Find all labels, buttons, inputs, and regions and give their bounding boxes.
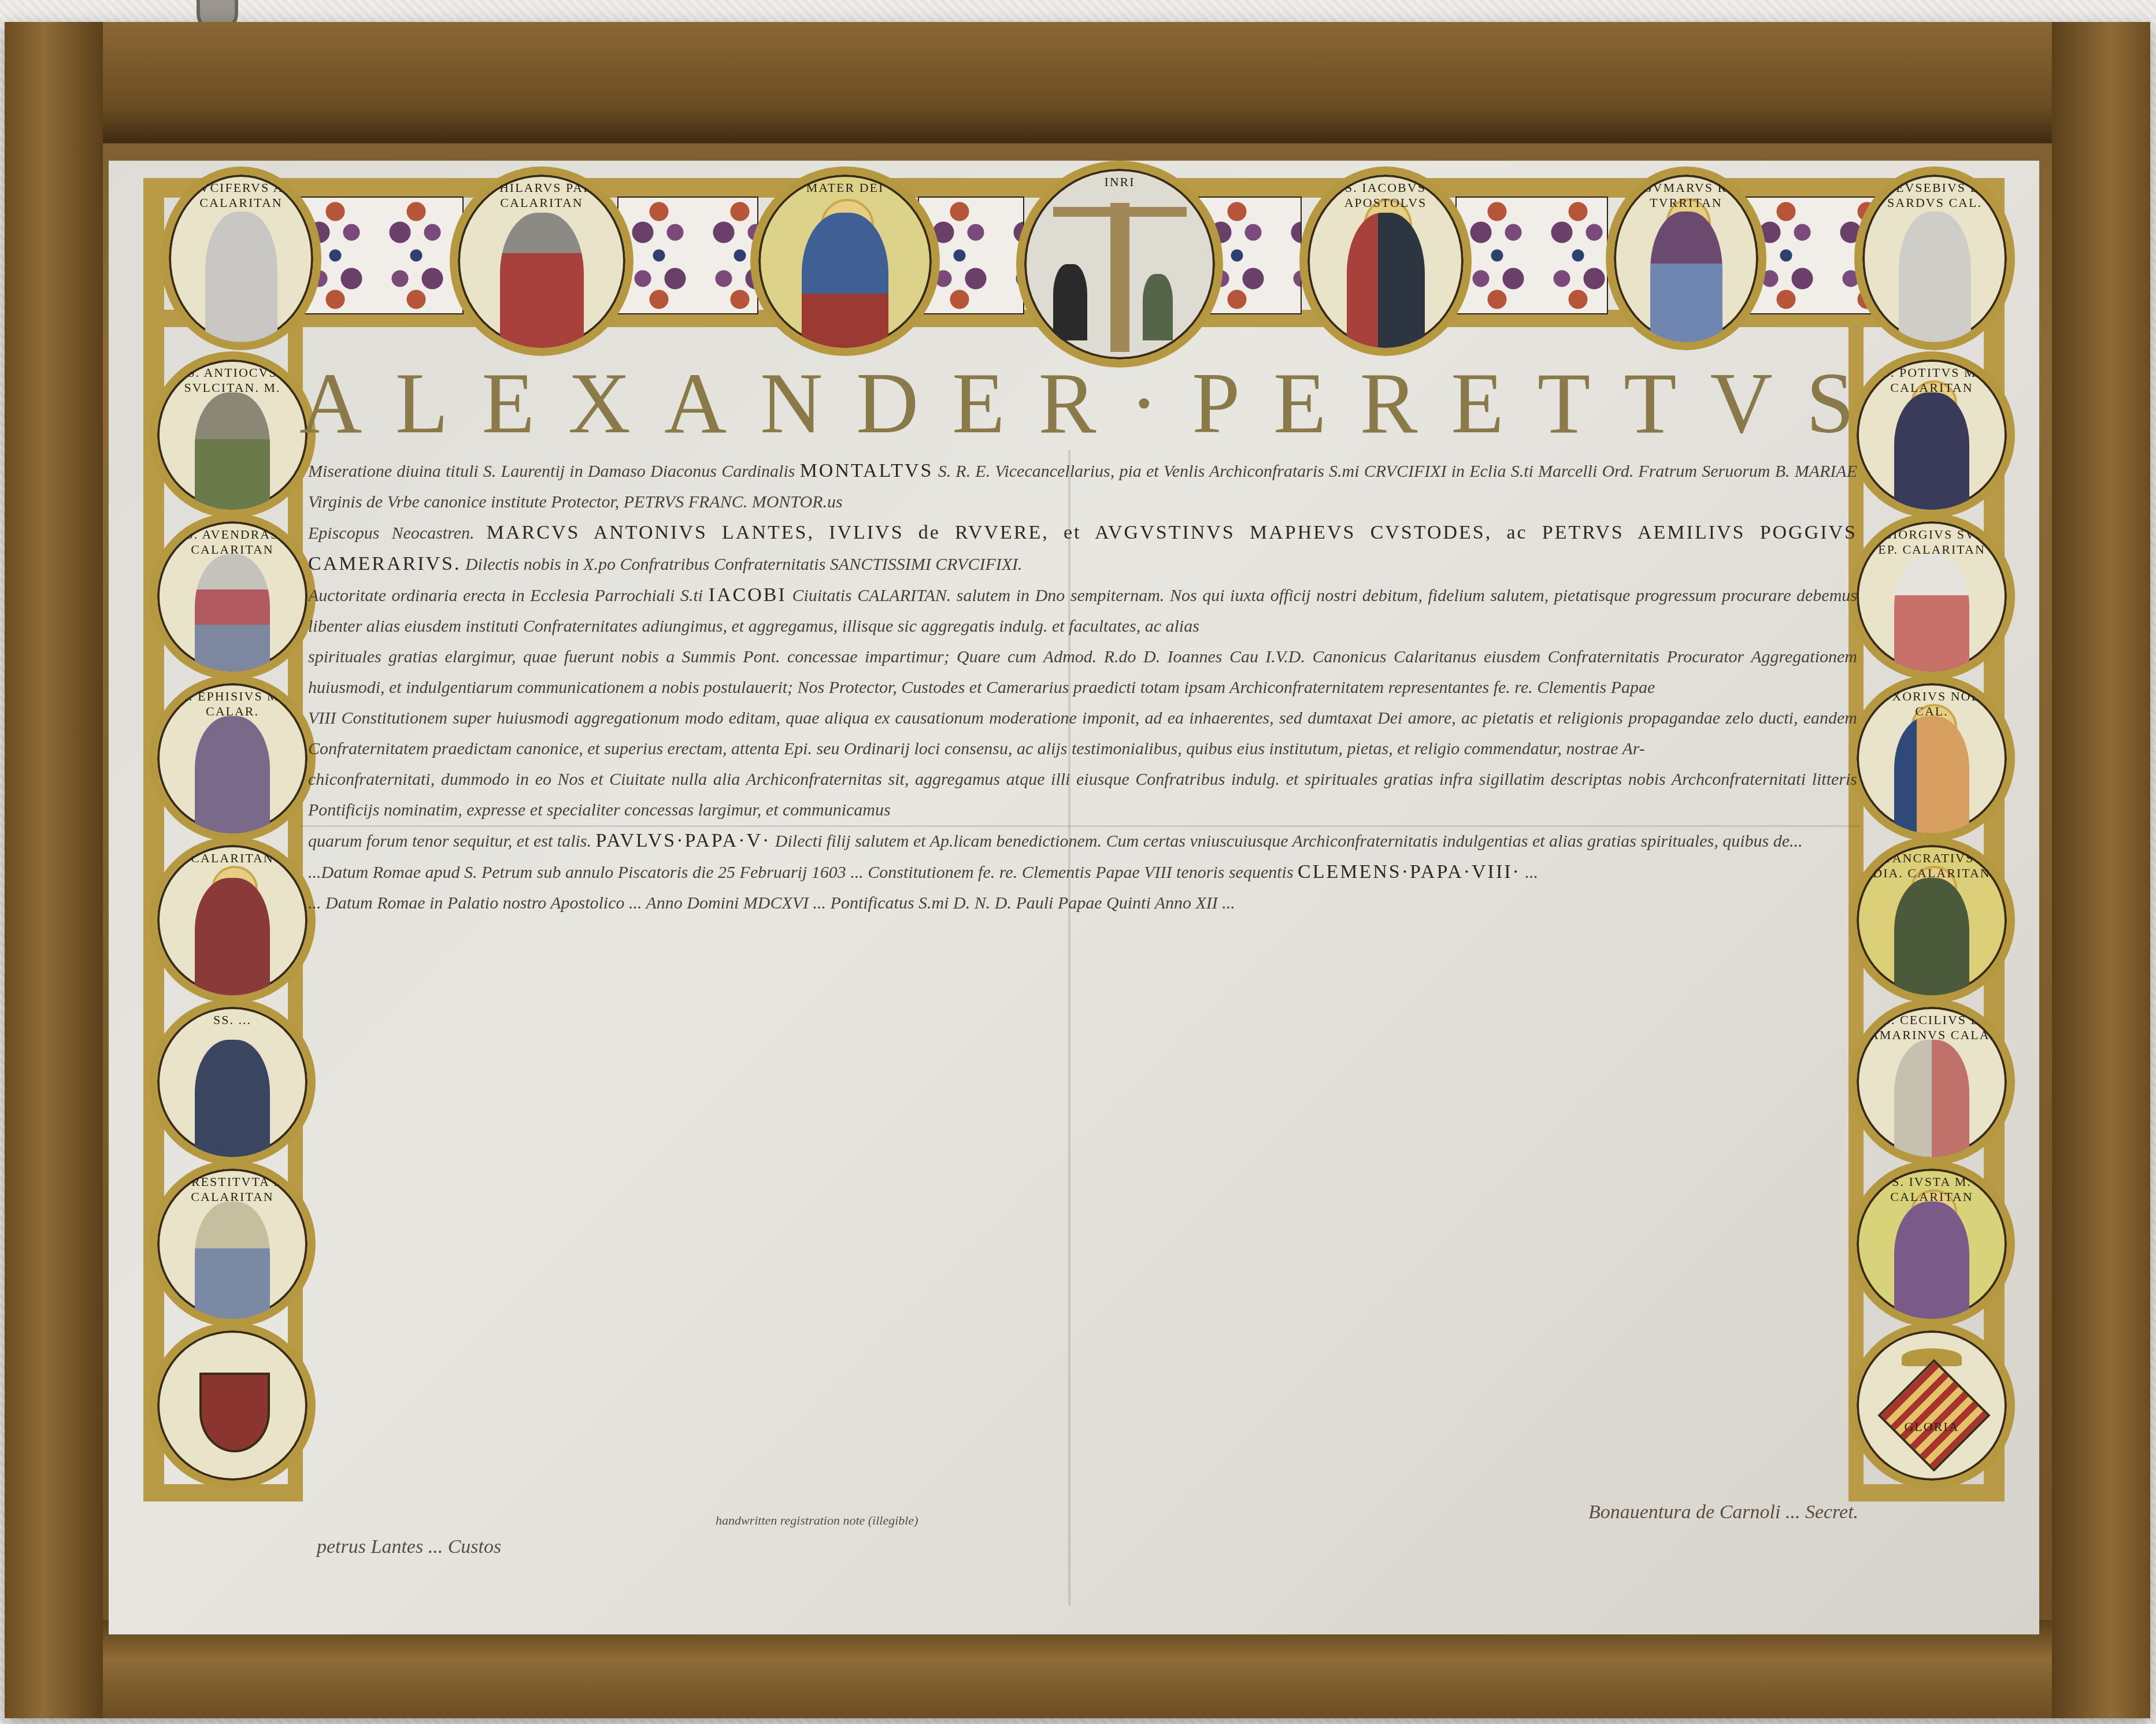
medallion-right-5: SS. CECILIVS ET CAMARINVS CALAR. [1848, 999, 2015, 1165]
frame-left-rail [5, 22, 103, 1718]
coat-of-arms-cardinal [149, 1322, 316, 1489]
medallion-s-iacobus: S. IACOBVS APOSTOLVS [1299, 166, 1472, 356]
body-line: spirituales gratias elargimur, quae fuer… [308, 642, 1857, 703]
medallion-left-1: S. ANTIOCVS SVLCITAN. M. [149, 351, 316, 518]
medallion-label: INRI [1024, 175, 1215, 190]
medallion-s-lucifer: S. LVCIFERVS ARC. CALARITAN [161, 166, 321, 350]
medallion-label: CALARITAN [157, 851, 308, 866]
medallion-left-2: S. AVENDRAS CALARITAN [149, 513, 316, 680]
document-body: Miseratione diuina tituli S. Laurentij i… [308, 455, 1857, 1380]
medallion-label: S. HILARVS PAPA CALARITAN [458, 180, 625, 210]
body-line: quarum forum tenor sequitur, et est tali… [308, 825, 1857, 857]
medallion-label: S. IVSTA M. CALARITAN [1857, 1174, 2007, 1204]
medallion-label: SS. CECILIVS ET CAMARINVS CALAR. [1857, 1013, 2007, 1043]
medallion-label: S. PANCRATIVS M. DIA. CALARITAN [1857, 851, 2007, 881]
medallion-right-1: S. POTITVS M. CALARITAN [1848, 351, 2015, 518]
body-line: Episcopus Neocastren. MARCVS ANTONIVS LA… [308, 517, 1857, 580]
medallion-label: S. EVSEBIVS EP. SARDVS CAL. [1862, 180, 2007, 210]
parchment-document: S. LVCIFERVS ARC. CALARITAN S. HILARVS P… [109, 161, 2039, 1634]
medallion-right-2: S. GIORGIVS SVEL. EP. CALARITAN [1848, 513, 2015, 680]
medallion-label: MATER DEI [758, 180, 932, 195]
medallion-s-eusebius: S. EVSEBIVS EP. SARDVS CAL. [1854, 166, 2015, 350]
ornament-tile [1455, 197, 1608, 314]
body-line: Auctoritate ordinaria erecta in Ecclesia… [308, 580, 1857, 642]
medallion-right-6: S. IVSTA M. CALARITAN [1848, 1161, 2015, 1327]
body-line: ... Datum Romae in Palatio nostro Aposto… [308, 888, 1857, 918]
medallion-label: S. EPHISIVS M. CALAR. [157, 689, 308, 719]
signature-lower-right: Bonauentura de Carnoli ... Secret. [1588, 1501, 1858, 1523]
frame-bottom-rail [5, 1620, 2150, 1718]
medallion-label: SS. ... [157, 1013, 308, 1028]
body-line: VIII Constitutionem super huiusmodi aggr… [308, 703, 1857, 764]
medallion-label: S. IACOBVS APOSTOLVS [1307, 180, 1464, 210]
medallion-crucifixion: INRI [1016, 161, 1223, 368]
registration-note: handwritten registration note (illegible… [716, 1513, 1132, 1528]
medallion-label: S. POTITVS M. CALARITAN [1857, 365, 2007, 395]
medallion-s-hilarus: S. HILARVS PAPA CALARITAN [450, 166, 634, 356]
body-line: chiconfraternitati, dummodo in eo Nos et… [308, 764, 1857, 825]
medallion-s-gumarus: S. GVMARVS REX TVRRITAN [1606, 166, 1766, 350]
medallion-right-3: S. LVXORIVS NOB. M. CAL. [1848, 675, 2015, 841]
medallion-label: S. LVXORIVS NOB. M. CAL. [1857, 689, 2007, 719]
medallion-label: S. ANTIOCVS SVLCITAN. M. [157, 365, 308, 395]
signature-lower-left: petrus Lantes ... Custos [317, 1536, 501, 1558]
medallion-left-3: S. EPHISIVS M. CALAR. [149, 675, 316, 841]
medallion-left-5: SS. ... [149, 999, 316, 1165]
shield-icon [199, 1373, 270, 1452]
frame-right-rail [2052, 22, 2150, 1718]
medallion-mater-dei: MATER DEI [750, 166, 940, 356]
medallion-label: S. GIORGIVS SVEL. EP. CALARITAN [1857, 527, 2007, 557]
medallion-label: S. RESTITVTA M. CALARITAN [157, 1174, 308, 1204]
medallion-left-4: CALARITAN [149, 837, 316, 1003]
shield-icon [1877, 1359, 1990, 1471]
ornament-tile [617, 197, 758, 314]
medallion-label: S. GVMARVS REX TVRRITAN [1614, 180, 1758, 210]
frame-top-rail [5, 22, 2150, 143]
wooden-picture-frame: S. LVCIFERVS ARC. CALARITAN S. HILARVS P… [5, 22, 2150, 1718]
body-line: ...Datum Romae apud S. Petrum sub annulo… [308, 857, 1857, 888]
medallion-label: GLORIA [1857, 1419, 2007, 1434]
medallion-left-6: S. RESTITVTA M. CALARITAN [149, 1161, 316, 1327]
body-line: Miseratione diuina tituli S. Laurentij i… [308, 455, 1857, 517]
medallion-right-4: S. PANCRATIVS M. DIA. CALARITAN [1848, 837, 2015, 1003]
coat-of-arms-city: GLORIA [1848, 1322, 2015, 1489]
fold-crease [299, 825, 1860, 827]
fold-crease [1068, 450, 1070, 1606]
medallion-label: S. AVENDRAS CALARITAN [157, 527, 308, 557]
cross-icon [1110, 203, 1129, 351]
medallion-label: S. LVCIFERVS ARC. CALARITAN [169, 180, 313, 210]
document-title: A L E X A N D E R · P E R E T T V S [299, 351, 1866, 455]
